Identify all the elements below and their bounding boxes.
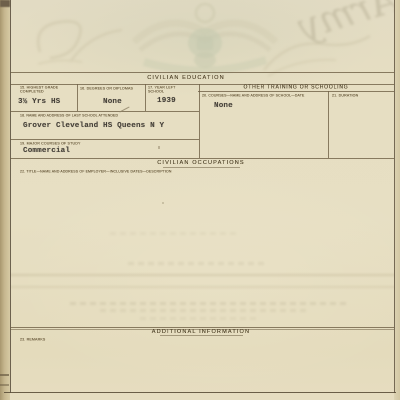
page-corner-shadow xyxy=(0,0,10,7)
form-border-left xyxy=(10,0,11,393)
highest-grade-label: 15. HIGHEST GRADE COMPLETED xyxy=(20,86,75,94)
rule-education-top xyxy=(10,72,394,73)
courses-value: None xyxy=(214,102,233,110)
divider-16-17 xyxy=(145,84,146,111)
divider-education-training xyxy=(199,84,200,158)
bleedthrough-smudge xyxy=(110,232,240,235)
rule-occupations-underline xyxy=(163,167,240,168)
rule-page-bottom xyxy=(4,392,396,393)
divider-15-16 xyxy=(77,84,78,111)
degrees-label: 16. DEGREES OR DIPLOMAS xyxy=(80,87,133,91)
major-courses-value: Commercial xyxy=(23,147,70,155)
highest-grade-value: 3½ Yrs HS xyxy=(18,98,60,106)
scanned-form-page: Army CIVILIAN EDUCATION OTHER TRAINING O… xyxy=(0,0,400,400)
pencil-mark xyxy=(158,146,160,149)
bleedthrough-smudge xyxy=(70,302,350,305)
fold-crease xyxy=(10,272,394,278)
last-school-value: Grover Cleveland HS Queens N Y xyxy=(23,122,164,130)
remarks-label: 23. REMARKS xyxy=(20,338,45,342)
bleedthrough-smudge xyxy=(100,309,310,312)
rule-row2-bottom xyxy=(10,139,199,140)
major-courses-label: 19. MAJOR COURSES OF STUDY xyxy=(20,142,81,146)
form-border-right xyxy=(394,0,395,393)
last-school-label: 18. NAME AND ADDRESS OF LAST SCHOOL ATTE… xyxy=(20,114,118,118)
eagle-seal-watermark xyxy=(128,0,283,74)
rule-additional-top xyxy=(10,327,394,328)
bleedthrough-smudge xyxy=(140,317,260,320)
courses-label: 20. COURSES—NAME AND ADDRESS OF SCHOOL—D… xyxy=(202,94,304,98)
rule-additional-underline xyxy=(160,335,243,336)
bleedthrough-smudge xyxy=(128,262,268,265)
edge-mark xyxy=(0,374,9,376)
ghost-army-script: Army xyxy=(274,0,400,80)
additional-section-title: ADDITIONAL INFORMATION xyxy=(121,329,281,335)
degrees-value: None xyxy=(103,98,122,106)
pencil-mark xyxy=(162,202,164,204)
rule-other-training-header xyxy=(198,91,394,92)
duration-label: 21. DURATION xyxy=(332,94,358,98)
year-left-label: 17. YEAR LEFT SCHOOL xyxy=(148,86,190,94)
other-training-section-title: OTHER TRAINING OR SCHOOLING xyxy=(238,85,353,90)
occupations-section-title: CIVILIAN OCCUPATIONS xyxy=(121,160,281,166)
edge-mark xyxy=(0,384,9,386)
divider-courses-duration xyxy=(328,91,329,158)
rule-occupations-top xyxy=(10,158,394,159)
employer-label: 22. TITLE—NAME AND ADDRESS OF EMPLOYER—I… xyxy=(20,170,172,174)
education-section-title: CIVILIAN EDUCATION xyxy=(106,75,266,81)
fold-crease xyxy=(10,284,394,290)
ornate-script-bleed-left xyxy=(30,6,145,70)
page-left-edge xyxy=(0,0,10,400)
year-left-value: 1939 xyxy=(157,97,176,105)
rule-row1-bottom xyxy=(10,111,199,112)
